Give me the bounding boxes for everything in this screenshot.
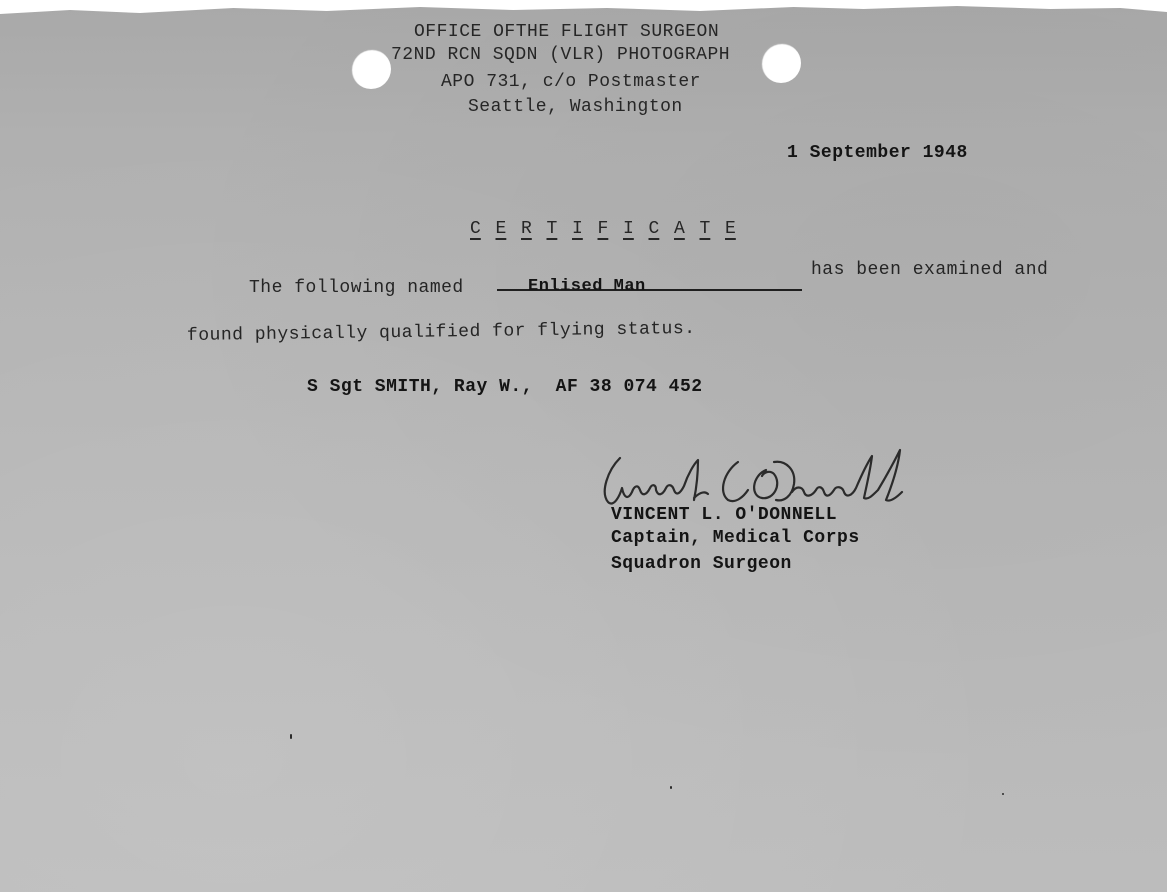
certificate-title-letter: T xyxy=(700,219,726,239)
paper-speck xyxy=(670,786,672,789)
signatory-rank: Captain, Medical Corps xyxy=(611,525,860,551)
punch-hole-left xyxy=(351,49,391,89)
certificate-title: CERTIFICATE xyxy=(470,219,751,239)
letterhead-office: OFFICE OFTHE FLIGHT SURGEON xyxy=(414,20,719,44)
certificate-title-letter: C xyxy=(470,219,496,239)
fill-in-blank-value: Enlised Man xyxy=(528,277,646,296)
certificate-title-letter: T xyxy=(547,219,573,239)
certificate-title-letter: C xyxy=(649,219,675,239)
certificate-title-letter: F xyxy=(598,219,624,239)
document-date: 1 September 1948 xyxy=(787,143,968,163)
certificate-title-letter: I xyxy=(623,219,649,239)
paper-speck xyxy=(1002,793,1004,795)
body-after-blank: has been examined and xyxy=(811,260,1048,280)
paper-speck xyxy=(290,734,292,739)
certificate-title-letter: E xyxy=(496,219,522,239)
letterhead-city: Seattle, Washington xyxy=(468,95,683,119)
certificate-title-letter: I xyxy=(572,219,598,239)
letterhead-apo: APO 731, c/o Postmaster xyxy=(441,70,701,94)
paper-sheet xyxy=(0,6,1167,892)
body-intro: The following named xyxy=(249,278,464,298)
document-page: OFFICE OFTHE FLIGHT SURGEON 72ND RCN SQD… xyxy=(0,0,1167,892)
certificate-title-letter: A xyxy=(674,219,700,239)
subject-name-serial: S Sgt SMITH, Ray W., AF 38 074 452 xyxy=(307,377,703,397)
certificate-title-letter: R xyxy=(521,219,547,239)
signatory-position: Squadron Surgeon xyxy=(611,551,792,577)
letterhead-squadron: 72ND RCN SQDN (VLR) PHOTOGRAPH xyxy=(391,43,730,67)
certificate-title-letter: E xyxy=(725,219,751,239)
punch-hole-right xyxy=(761,43,801,83)
